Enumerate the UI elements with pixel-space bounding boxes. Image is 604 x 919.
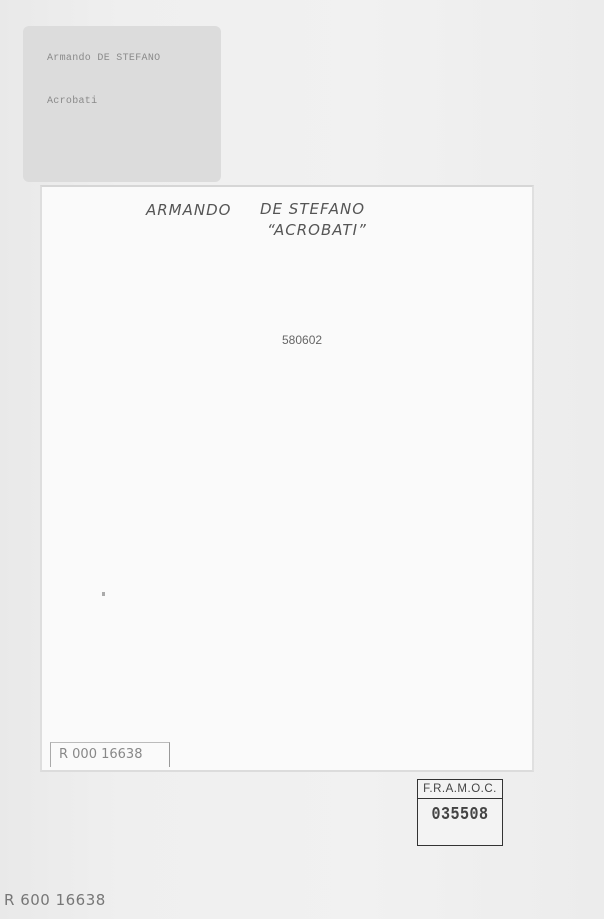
framoc-header: F.R.A.M.O.C. <box>418 780 502 799</box>
handwritten-artist-first: ARMANDO <box>146 201 231 219</box>
stamp-number: 580602 <box>282 333 322 347</box>
label-artist: Armando DE STEFANO <box>47 53 160 64</box>
label-title: Acrobati <box>47 96 97 107</box>
bottom-inventory-number: R 600 16638 <box>4 891 106 909</box>
handwritten-title: “ACROBATI” <box>267 221 367 239</box>
inventory-note-box: R 000 16638 <box>50 742 170 767</box>
photo-back-sheet: ARMANDO DE STEFANO “ACROBATI” 580602 R 0… <box>40 185 534 772</box>
handwritten-artist-last: DE STEFANO <box>260 200 365 218</box>
paper-speck <box>102 592 105 596</box>
inventory-note: R 000 16638 <box>59 747 142 762</box>
archive-label-card: Armando DE STEFANO Acrobati <box>23 26 221 182</box>
framoc-stamp: F.R.A.M.O.C. 035508 <box>417 779 503 846</box>
framoc-number: 035508 <box>418 804 502 825</box>
